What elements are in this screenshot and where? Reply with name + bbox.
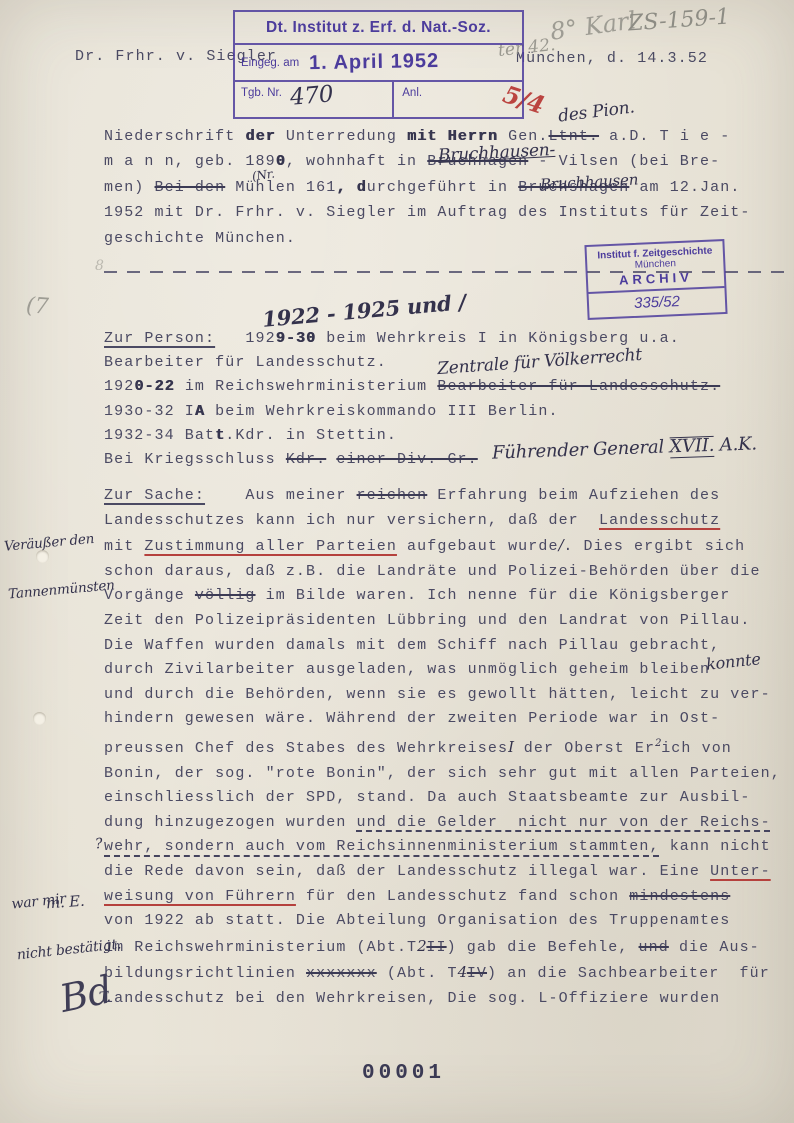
typed-line: Landesschutzes kann ich nur versichern, … <box>104 509 781 534</box>
typed-line: Niederschrift der Unterredung mit Herrn … <box>104 124 751 149</box>
margin-note-me: m. E. <box>45 892 85 913</box>
archive-stamp-number: 335/52 <box>588 286 725 318</box>
typed-line: im Reichswehrministerium (Abt.T2II) gab … <box>104 934 781 961</box>
handwritten-dates: 1922 - 1925 und / <box>261 289 467 332</box>
handwritten-des-pion: des Pion. <box>557 97 636 126</box>
typed-line: 1952 mit Dr. Frhr. v. Siegler im Auftrag… <box>104 200 751 225</box>
received-date-stamp: 1. April 1952 <box>309 50 439 75</box>
typed-line: Landesschutz bei den Wehrkreisen, Die so… <box>104 987 781 1012</box>
typed-line: 193o-32 IA beim Wehrkreiskommando III Be… <box>104 400 720 424</box>
typed-line: preussen Chef des Stabes des Wehrkreises… <box>104 732 781 762</box>
typed-line: schon daraus, daß z.B. die Landräte und … <box>104 560 781 585</box>
archive-stamp: Institut f. Zeitgeschichte München ARCHI… <box>584 239 727 320</box>
margin-note-line: Veräußer den <box>3 529 111 554</box>
typed-line: 1920-22 im Reichswehrministerium Bearbei… <box>104 375 720 399</box>
separator-ghost-mark: 8 <box>95 258 104 274</box>
punch-hole <box>33 712 46 725</box>
typed-line: m a n n, geb. 1890, wohnhaft in Bruchhag… <box>104 149 751 174</box>
intro-paragraph: Niederschrift der Unterredung mit Herrn … <box>104 124 751 251</box>
margin-note-illegible-1: Veräußer den Tannenmünsten <box>1 498 118 635</box>
typed-line: weisung von Führern für den Landesschutz… <box>104 885 781 910</box>
page-number: 00001 <box>362 1062 445 1085</box>
pencil-scribble: 8° Karl <box>548 6 637 46</box>
received-label: Eingeg. am <box>241 57 299 69</box>
typed-line: die Rede davon sein, daß der Landesschut… <box>104 860 781 885</box>
margin-note-line: nicht bestätigt. <box>16 936 122 964</box>
scanned-document-page: Dr. Frhr. v. Siegler München, d. 14.3.52… <box>0 0 794 1123</box>
typed-line: bildungsrichtlinien xxxxxxx (Abt. T4IV) … <box>104 960 781 987</box>
typed-line: men) Bei den Mühlen 161, durchgeführt in… <box>104 175 751 200</box>
tgb-label: Tgb. Nr. <box>241 87 282 99</box>
tgb-number-handwritten: 470 <box>289 81 334 111</box>
pencil-signature: ZS-159-1 <box>627 4 731 36</box>
zur-sache-section: Zur Sache: Aus meiner reichen Erfahrung … <box>104 484 781 1011</box>
typed-line: Bonin, der sog. "rote Bonin", der sich s… <box>104 762 781 787</box>
margin-note-line: Tannenmünsten <box>8 577 116 602</box>
typed-line: hindern gewesen wäre. Während der zweite… <box>104 707 781 732</box>
typed-line: wehr, sondern auch vom Reichsinnenminist… <box>104 835 781 860</box>
entry-stamp-title: Dt. Institut z. Erf. d. Nat.-Soz. <box>235 12 522 45</box>
typed-line: mit Zustimmung aller Parteien aufgebaut … <box>104 533 781 560</box>
typed-line: dung hinzugezogen wurden und die Gelder … <box>104 811 781 836</box>
typed-line: und durch die Behörden, wenn sie es gewo… <box>104 683 781 708</box>
typed-line: von 1922 ab statt. Die Abteilung Organis… <box>104 909 781 934</box>
entry-stamp: Dt. Institut z. Erf. d. Nat.-Soz. Eingeg… <box>233 10 524 119</box>
typed-line: Die Waffen wurden damals mit dem Schiff … <box>104 634 781 659</box>
anl-label: Anl. <box>394 82 522 117</box>
typed-line: Vorgänge völlig im Bilde waren. Ich nenn… <box>104 584 781 609</box>
typed-line: einschliesslich der SPD, stand. Da auch … <box>104 786 781 811</box>
pencil-margin-mark: (7 <box>25 293 49 320</box>
margin-note-question: ? <box>5 835 111 863</box>
typed-line: Zur Sache: Aus meiner reichen Erfahrung … <box>104 484 781 509</box>
typed-line: Zeit den Polizeipräsidenten Lübbring und… <box>104 609 781 634</box>
typed-line: durch Zivilarbeiter ausgeladen, was unmö… <box>104 658 781 683</box>
